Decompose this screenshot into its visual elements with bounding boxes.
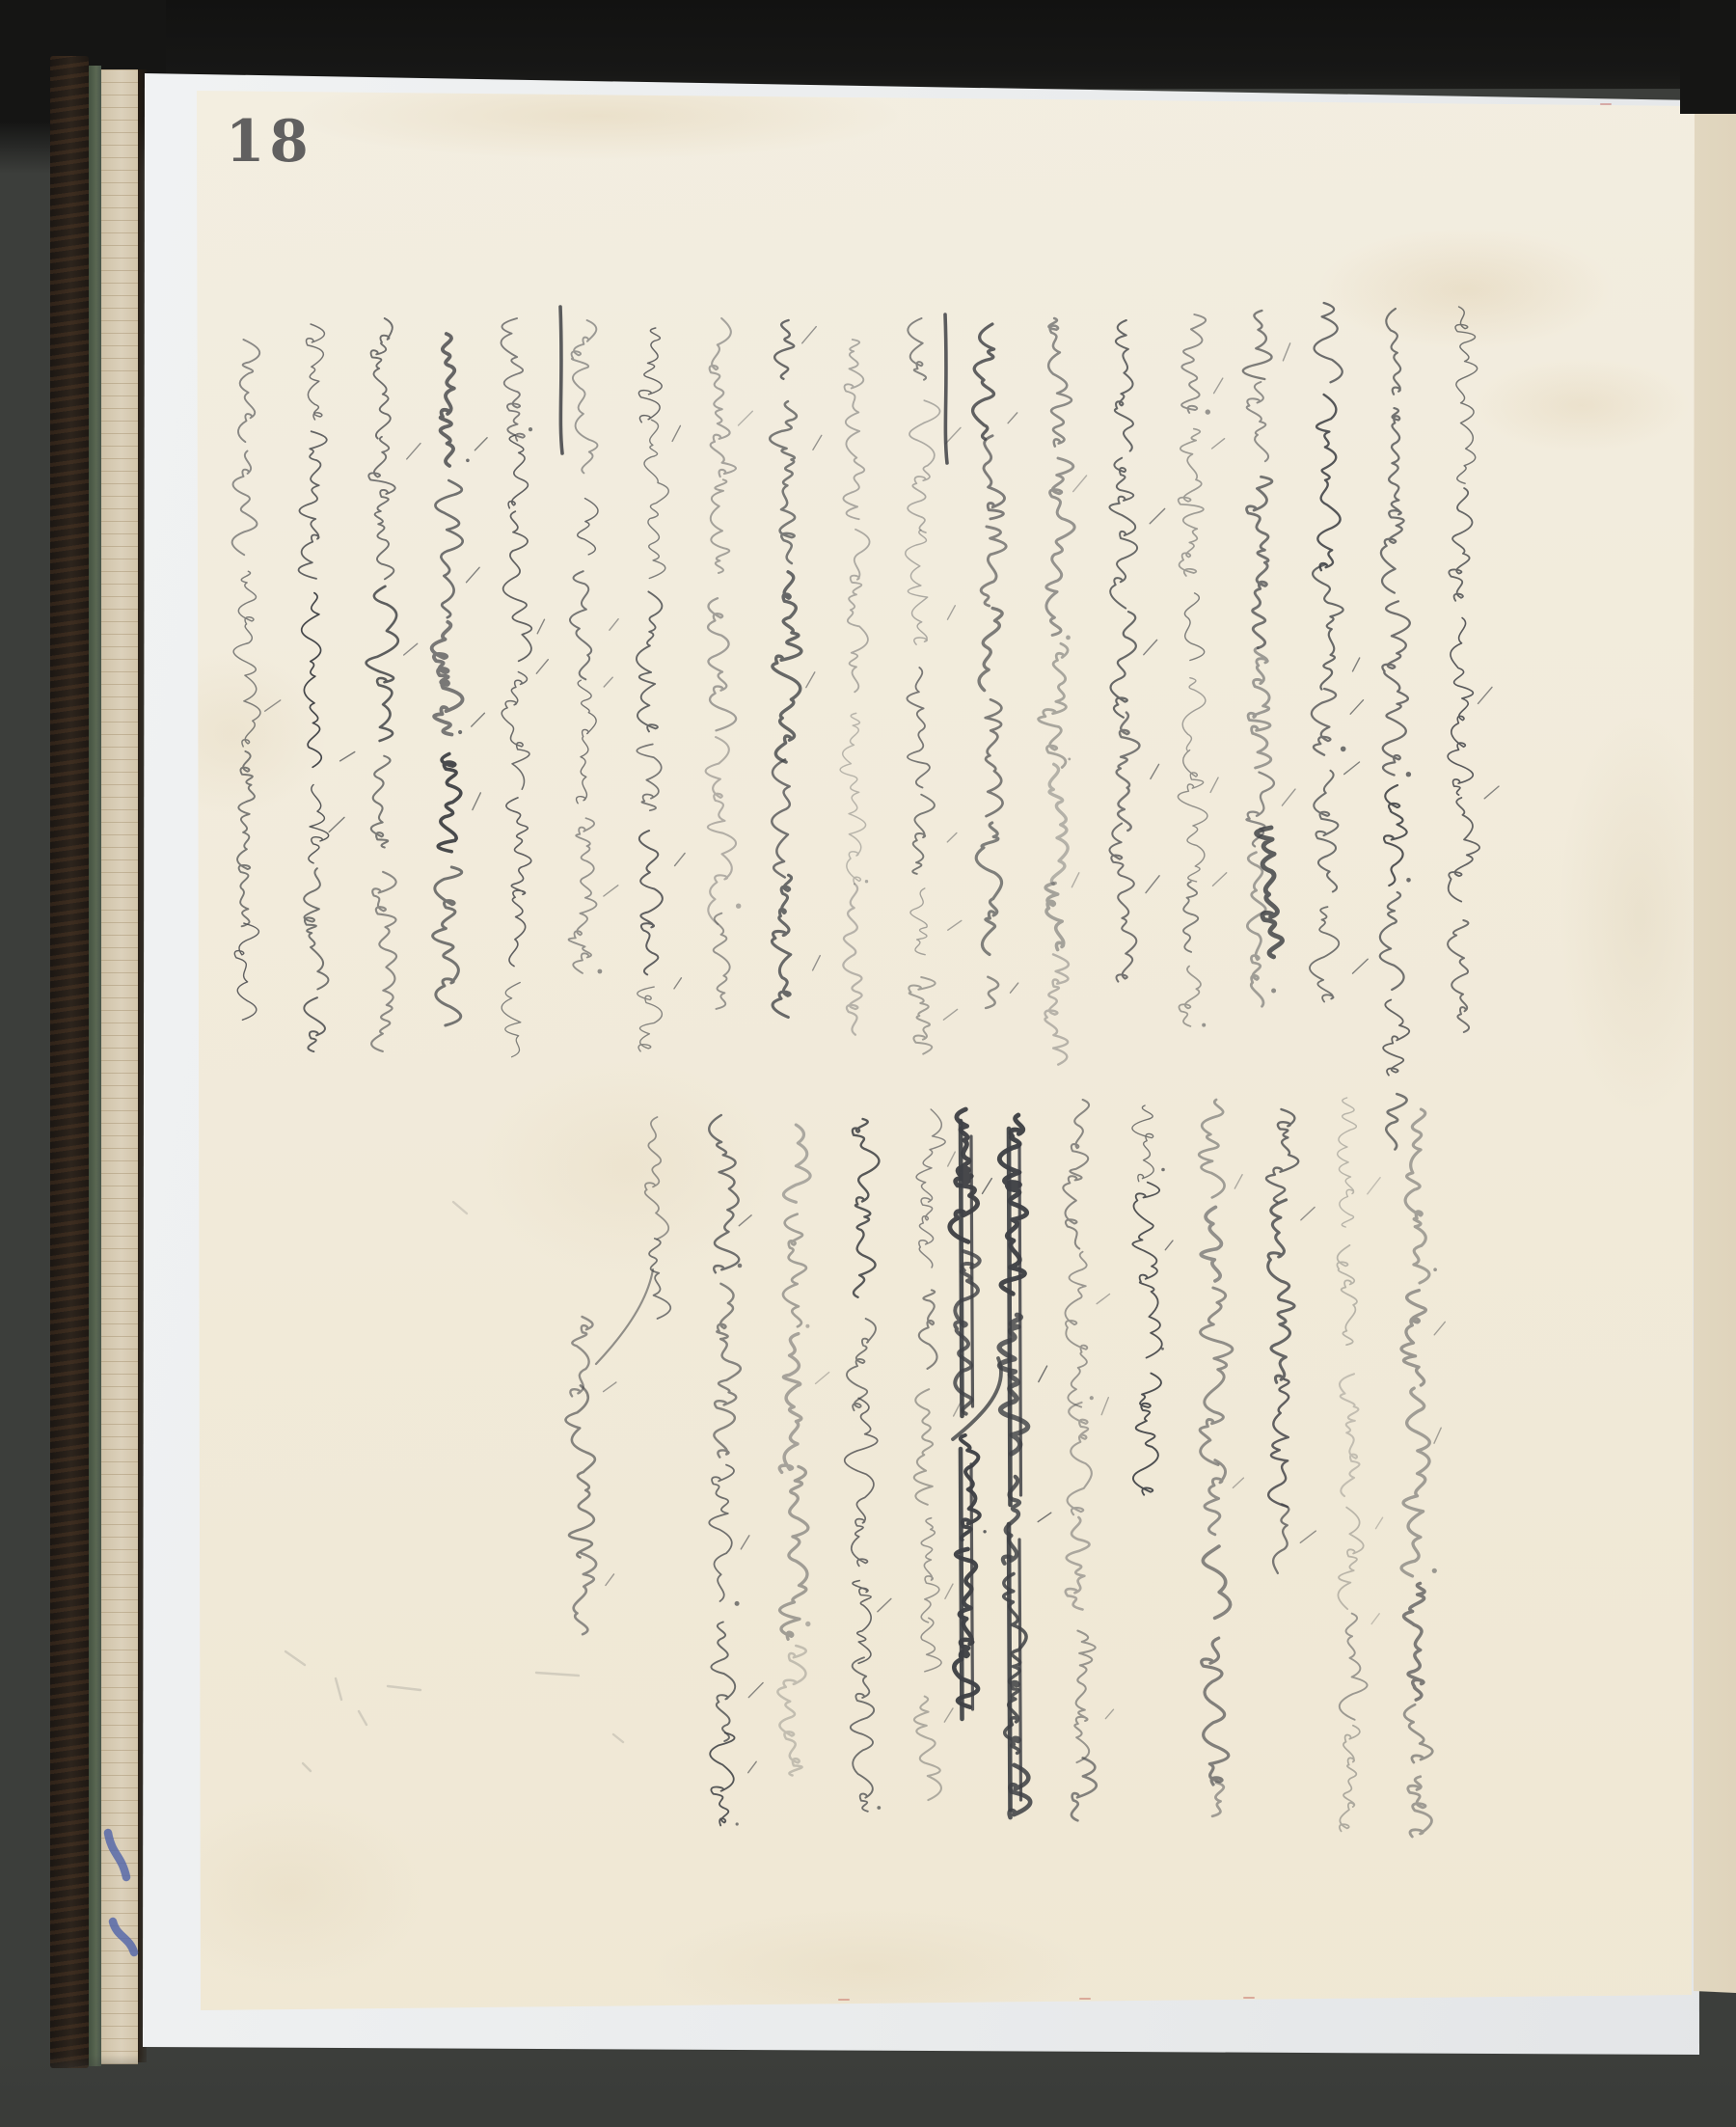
ink-stroke	[772, 759, 790, 877]
ink-stroke	[644, 420, 668, 578]
ink-stroke	[710, 318, 736, 477]
ink-stroke	[847, 1319, 876, 1410]
ink-stroke	[1199, 1100, 1224, 1197]
ink-stroke	[649, 1239, 670, 1319]
ink-stroke	[265, 700, 281, 711]
ink-stroke	[1434, 1428, 1441, 1443]
ink-stroke	[706, 737, 736, 924]
ink-stroke	[1386, 1094, 1406, 1149]
ink-dot	[1271, 989, 1276, 994]
ink-dot	[1341, 747, 1346, 752]
ink-stroke	[604, 677, 612, 687]
ink-stroke	[813, 956, 821, 970]
ink-dot	[1068, 758, 1071, 761]
ink-stroke	[340, 752, 355, 761]
ink-stroke	[336, 1678, 341, 1700]
ink-stroke	[1144, 640, 1157, 654]
ink-stroke	[604, 1382, 616, 1392]
ink-stroke	[1182, 678, 1206, 750]
ink-stroke	[1101, 1398, 1108, 1415]
ink-stroke	[848, 530, 870, 693]
ink-stroke	[433, 867, 462, 1025]
ink-stroke	[1074, 1631, 1095, 1763]
ink-dot	[805, 1324, 809, 1328]
ink-stroke	[371, 872, 396, 1051]
ink-stroke	[802, 327, 817, 343]
ink-dot	[458, 730, 462, 734]
ink-stroke	[1273, 1504, 1288, 1573]
ink-stroke	[986, 699, 1003, 816]
ink-stroke	[366, 586, 398, 741]
ink-stroke	[613, 1734, 623, 1742]
ink-stroke	[772, 875, 791, 1017]
ink-stroke	[473, 793, 480, 810]
ink-stroke	[783, 1125, 810, 1202]
ink-stroke	[1132, 1105, 1153, 1182]
ink-stroke	[1048, 318, 1071, 447]
ink-stroke	[1408, 1777, 1432, 1837]
ink-stroke	[906, 530, 928, 644]
ink-stroke	[1316, 395, 1341, 570]
ink-stroke	[1404, 1704, 1432, 1762]
ink-stroke	[921, 1518, 939, 1623]
ink-dot	[1206, 409, 1210, 414]
ink-dot	[736, 904, 741, 909]
ink-stroke	[1401, 1388, 1429, 1576]
ink-stroke	[813, 435, 822, 450]
ink-stroke	[536, 1673, 579, 1676]
ink-stroke	[711, 1623, 735, 1742]
ink-stroke	[637, 987, 663, 1051]
ink-stroke	[971, 1136, 973, 1406]
ink-dot	[1432, 1568, 1437, 1573]
ink-stroke	[739, 411, 753, 425]
ink-stroke	[1380, 892, 1404, 990]
ink-stroke	[1381, 408, 1404, 592]
ink-stroke	[1213, 873, 1227, 886]
ink-stroke	[501, 318, 524, 441]
ink-dot	[877, 1806, 881, 1810]
ink-dot	[1433, 1268, 1437, 1271]
ink-stroke	[1268, 1200, 1294, 1383]
ink-stroke	[596, 1269, 653, 1364]
ink-stroke	[1312, 689, 1336, 755]
ink-stroke	[1350, 700, 1363, 715]
ink-stroke	[1200, 1288, 1233, 1465]
ink-stroke	[1404, 1583, 1425, 1700]
ink-stroke	[1009, 1524, 1011, 1810]
ink-stroke	[438, 754, 461, 852]
ink-dot	[735, 1601, 740, 1606]
ink-stroke	[714, 914, 730, 1009]
ink-stroke	[710, 1732, 734, 1825]
ink-stroke	[843, 340, 864, 519]
ink-stroke	[1243, 311, 1272, 379]
ink-stroke	[1340, 1614, 1368, 1720]
ink-stroke	[645, 1117, 669, 1240]
ink-stroke	[1038, 1513, 1051, 1521]
ink-stroke	[1376, 1517, 1383, 1528]
ink-stroke	[285, 1651, 305, 1665]
ink-stroke	[472, 713, 485, 726]
ink-stroke	[739, 1215, 751, 1226]
ink-stroke	[1338, 1098, 1357, 1227]
ink-stroke	[945, 314, 947, 463]
ink-stroke	[1300, 1531, 1316, 1542]
ink-stroke	[232, 451, 258, 556]
ink-stroke	[777, 1646, 805, 1776]
ink-stroke	[1301, 1208, 1315, 1220]
ink-stroke	[1313, 564, 1343, 689]
ink-stroke	[1039, 1366, 1047, 1381]
ink-stroke	[748, 1683, 763, 1698]
ink-stroke	[1178, 750, 1207, 882]
ink-stroke	[475, 438, 487, 450]
ink-stroke	[503, 511, 532, 661]
ink-stroke	[1340, 1374, 1360, 1496]
ink-stroke	[566, 1385, 595, 1557]
ink-stroke	[878, 1598, 891, 1611]
ink-stroke	[843, 884, 861, 1034]
ink-stroke	[1183, 882, 1198, 952]
ink-stroke	[921, 1618, 941, 1672]
ink-stroke	[1146, 876, 1159, 893]
ink-stroke	[1109, 824, 1136, 982]
ink-stroke	[1115, 320, 1133, 451]
ink-stroke	[304, 868, 328, 989]
ink-stroke	[1484, 786, 1499, 799]
ink-stroke	[604, 886, 618, 896]
ink-stroke	[845, 1398, 878, 1566]
ink-stroke	[388, 1686, 420, 1690]
ink-stroke	[569, 818, 597, 973]
ink-stroke	[1071, 873, 1078, 887]
ink-stroke	[748, 1761, 757, 1772]
ink-stroke	[961, 1121, 963, 1416]
ink-stroke	[303, 1763, 311, 1771]
ink-stroke	[1383, 1000, 1409, 1076]
ink-stroke	[537, 619, 544, 634]
ink-dot	[1406, 772, 1411, 777]
ink-stroke	[639, 831, 663, 974]
ink-stroke	[1448, 618, 1473, 796]
ink-stroke	[973, 324, 994, 439]
ink-stroke	[979, 609, 1002, 691]
ink-dot	[1406, 878, 1411, 883]
ink-stroke	[947, 833, 957, 842]
ink-stroke	[773, 572, 801, 762]
ink-stroke	[572, 320, 598, 473]
ink-stroke	[714, 1284, 741, 1458]
ink-stroke	[453, 1202, 467, 1213]
ink-stroke	[467, 567, 480, 582]
ink-stroke	[1234, 1175, 1242, 1188]
ink-dot	[865, 880, 868, 883]
ink-stroke	[570, 571, 591, 679]
ink-stroke	[233, 571, 260, 747]
ink-stroke	[1046, 458, 1074, 635]
ink-stroke	[1201, 1207, 1221, 1281]
ink-stroke	[914, 1697, 941, 1801]
ink-stroke	[610, 619, 618, 631]
ink-stroke	[1401, 1291, 1425, 1385]
ink-stroke	[999, 1315, 1028, 1454]
ink-stroke	[1045, 884, 1064, 950]
ink-stroke	[304, 997, 325, 1051]
ink-stroke	[976, 823, 1001, 955]
ink-stroke	[1210, 777, 1218, 792]
ink-dot	[598, 969, 603, 974]
ink-stroke	[1165, 1241, 1173, 1250]
ink-stroke	[1233, 1478, 1243, 1487]
ink-stroke	[309, 785, 329, 863]
ink-stroke	[1247, 477, 1272, 648]
ink-stroke	[1039, 643, 1069, 767]
ink-stroke	[1449, 798, 1479, 902]
ink-stroke	[1151, 764, 1159, 778]
ink-dot	[736, 1822, 739, 1825]
ink-dot	[1161, 1168, 1165, 1172]
ink-stroke	[1266, 1109, 1298, 1202]
ink-stroke	[711, 479, 730, 573]
ink-dot	[1090, 1396, 1094, 1400]
ink-dot	[1202, 1023, 1206, 1027]
ink-stroke	[1044, 954, 1068, 1064]
ink-stroke	[1009, 1129, 1011, 1505]
ink-stroke	[113, 1922, 134, 1952]
ink-dot	[466, 459, 470, 463]
ink-stroke	[1202, 1638, 1229, 1785]
ink-stroke	[1368, 1178, 1380, 1194]
ink-stroke	[502, 983, 521, 1057]
ink-stroke	[840, 713, 865, 884]
ink-stroke	[907, 668, 929, 788]
ink-stroke	[441, 334, 455, 466]
ink-stroke	[404, 643, 418, 655]
ink-stroke	[1133, 1374, 1161, 1495]
ink-stroke	[1105, 1709, 1113, 1718]
ink-stroke	[1073, 476, 1087, 492]
ink-stroke	[1478, 687, 1493, 703]
ink-stroke	[741, 1536, 749, 1549]
ink-stroke	[1247, 853, 1265, 1007]
ink-stroke	[1205, 1460, 1226, 1535]
ink-stroke	[577, 680, 597, 804]
ink-stroke	[1371, 1614, 1379, 1624]
ink-stroke	[1111, 612, 1136, 718]
ink-stroke	[674, 978, 681, 989]
ink-stroke	[1184, 593, 1204, 661]
ink-stroke	[1434, 1322, 1445, 1334]
ink-stroke	[1386, 309, 1400, 395]
ink-stroke	[1212, 439, 1225, 449]
ink-stroke	[1448, 920, 1469, 1032]
ink-stroke	[108, 1833, 126, 1877]
ink-stroke	[1132, 1183, 1161, 1358]
ink-stroke	[981, 527, 1006, 606]
ink-stroke	[1068, 1403, 1092, 1514]
ink-stroke	[1008, 413, 1017, 423]
ink-stroke	[853, 1581, 871, 1664]
ink-stroke	[708, 598, 736, 730]
ink-stroke	[508, 435, 528, 508]
ink-stroke	[806, 672, 815, 688]
ink-stroke	[1384, 785, 1407, 886]
ink-stroke	[536, 660, 548, 674]
ink-stroke	[948, 606, 956, 619]
handwriting-overlay	[0, 0, 1736, 2127]
ink-stroke	[950, 1109, 978, 1241]
ink-stroke	[578, 499, 598, 555]
ink-stroke	[919, 1290, 937, 1369]
ink-stroke	[916, 1109, 945, 1268]
ink-stroke	[1247, 382, 1268, 461]
ink-stroke	[910, 888, 927, 955]
ink-stroke	[234, 923, 258, 1020]
ink-stroke	[1049, 764, 1068, 884]
ink-stroke	[237, 751, 255, 926]
ink-stroke	[1315, 303, 1343, 382]
ink-stroke	[675, 854, 686, 866]
ink-stroke	[961, 1449, 963, 1719]
ink-stroke	[944, 1708, 953, 1722]
ink-stroke	[1455, 307, 1478, 483]
ink-stroke	[1203, 1546, 1230, 1618]
ink-stroke	[502, 672, 529, 790]
ink-stroke	[851, 1657, 874, 1812]
ink-stroke	[946, 427, 962, 444]
ink-stroke	[1071, 1758, 1097, 1820]
ink-stroke	[1268, 1379, 1288, 1507]
ink-stroke	[986, 977, 998, 1008]
ink-stroke	[1181, 314, 1206, 413]
ink-stroke	[945, 1584, 953, 1598]
ink-stroke	[1337, 1245, 1357, 1345]
pencil-smudges	[285, 1202, 623, 1771]
ink-stroke	[1214, 378, 1223, 394]
ink-stroke	[1150, 508, 1165, 523]
ink-stroke	[1283, 343, 1289, 361]
ink-stroke	[1382, 601, 1409, 775]
ink-stroke	[371, 756, 391, 848]
ink-stroke	[302, 593, 322, 768]
ink-stroke	[774, 320, 794, 379]
ink-stroke	[672, 425, 680, 441]
ink-dot	[529, 427, 532, 431]
script-block-top	[232, 303, 1499, 1150]
ink-stroke	[407, 444, 420, 459]
ink-stroke	[971, 1464, 973, 1709]
ink-dot	[983, 1530, 986, 1533]
ink-stroke	[371, 318, 393, 439]
ink-stroke	[1212, 1783, 1224, 1816]
ink-stroke	[1097, 1295, 1109, 1304]
ink-stroke	[780, 1466, 808, 1639]
ink-stroke	[709, 1465, 734, 1601]
ink-stroke	[908, 400, 939, 532]
ink-stroke	[1314, 771, 1338, 892]
ink-stroke	[948, 1152, 956, 1166]
ink-stroke	[1449, 488, 1472, 601]
ink-dot	[1161, 1348, 1164, 1350]
ink-stroke	[1353, 658, 1360, 671]
ink-stroke	[948, 920, 962, 930]
ink-stroke	[816, 1373, 829, 1384]
ink-stroke	[1066, 1517, 1090, 1610]
ink-stroke	[606, 1574, 614, 1586]
ink-stroke	[1344, 762, 1360, 775]
ink-stroke	[909, 977, 935, 1054]
ink-stroke	[999, 1115, 1026, 1294]
ink-stroke	[1405, 1109, 1429, 1283]
ink-stroke	[1109, 458, 1137, 609]
ink-stroke	[368, 437, 394, 580]
ink-stroke	[299, 431, 327, 579]
ink-stroke	[983, 1179, 992, 1194]
ink-stroke	[1011, 983, 1018, 993]
ink-stroke	[307, 324, 325, 420]
ink-stroke	[1340, 1726, 1360, 1832]
book-photo: 18	[0, 0, 1736, 2127]
ink-stroke	[238, 340, 259, 442]
ink-stroke	[984, 436, 1005, 519]
ink-stroke	[1117, 713, 1140, 831]
ink-stroke	[908, 318, 926, 380]
ink-dot	[738, 1264, 743, 1268]
ink-stroke	[560, 307, 562, 453]
ink-stroke	[570, 1317, 592, 1396]
ink-stroke	[637, 745, 661, 811]
ink-stroke	[432, 622, 463, 735]
ink-stroke	[912, 795, 935, 874]
ink-stroke	[506, 798, 531, 967]
ink-stroke	[1179, 967, 1201, 1026]
ink-stroke	[1065, 1252, 1087, 1407]
ink-stroke	[770, 401, 797, 563]
ink-stroke	[329, 817, 344, 832]
ink-stroke	[1063, 1100, 1089, 1249]
ink-stroke	[1353, 959, 1369, 973]
ink-stroke	[1310, 907, 1339, 1001]
ink-stroke	[955, 1251, 979, 1414]
ink-stroke	[638, 328, 662, 423]
ink-stroke	[779, 1334, 800, 1473]
ink-stroke	[914, 1389, 933, 1505]
blue-pen-marks	[108, 1833, 134, 1952]
ink-dot	[1066, 636, 1071, 641]
ink-stroke	[359, 1711, 366, 1725]
ink-stroke	[1179, 429, 1204, 576]
ink-stroke	[637, 591, 662, 731]
script-block-bottom	[596, 1098, 1445, 1837]
ink-stroke	[1282, 789, 1295, 805]
ink-stroke	[783, 1214, 806, 1327]
ink-stroke	[1019, 1540, 1021, 1800]
ink-stroke	[574, 1553, 596, 1634]
ink-stroke	[1248, 647, 1271, 768]
ink-stroke	[943, 1009, 957, 1020]
ink-stroke	[1338, 1508, 1363, 1610]
ink-stroke	[709, 1115, 739, 1272]
ink-stroke	[1019, 1144, 1021, 1495]
ink-dot	[805, 1622, 810, 1626]
signature-column	[566, 1317, 616, 1634]
ink-stroke	[435, 480, 462, 617]
ink-stroke	[954, 1549, 978, 1707]
ink-stroke	[853, 1119, 880, 1297]
